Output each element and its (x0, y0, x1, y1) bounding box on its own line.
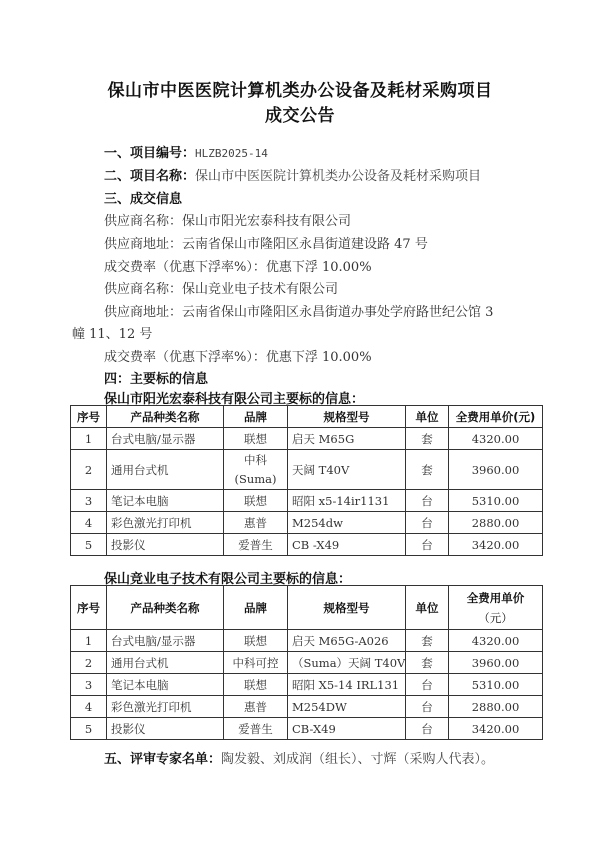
cell-brand: 爱普生 (224, 534, 288, 556)
cell-unit: 套 (406, 450, 449, 490)
cell-price: 5310.00 (449, 490, 543, 512)
cell-price: 4320.00 (449, 428, 543, 450)
supplier2-rate: 成交费率（优惠下浮率%）：优惠下浮 10.00% (104, 346, 372, 365)
cell-brand: 联想 (224, 674, 288, 696)
project-number-label: 一、项目编号： (104, 146, 195, 161)
cell-model: 启天 M65G-A026 (288, 630, 406, 652)
cell-unit: 台 (406, 718, 449, 740)
cell-price: 5310.00 (449, 674, 543, 696)
section-main-items: 四：主要标的信息 (104, 368, 208, 387)
cell-index: 5 (71, 534, 107, 556)
supplier2-rate-label: 成交费率（优惠下浮率%）： (104, 350, 266, 365)
cell-brand-line1: 中科 (228, 451, 283, 470)
col-header-index: 序号 (71, 586, 107, 630)
cell-index: 3 (71, 674, 107, 696)
cell-model: 昭阳 x5-14ir1131 (288, 490, 406, 512)
review-experts-value: 陶发毅、刘成润（组长）、寸辉（采购人代表）。 (221, 752, 494, 767)
cell-brand-line2: (Suma) (228, 470, 283, 489)
cell-model: CB-X49 (288, 718, 406, 740)
cell-index: 4 (71, 512, 107, 534)
col-header-brand: 品牌 (224, 406, 288, 428)
cell-product: 通用台式机 (107, 652, 224, 674)
cell-unit: 套 (406, 630, 449, 652)
cell-product: 投影仪 (107, 534, 224, 556)
table-row: 1 台式电脑/显示器 联想 启天 M65G-A026 套 4320.00 (71, 630, 543, 652)
cell-price: 3960.00 (449, 450, 543, 490)
cell-model: 天阔 T40V (288, 450, 406, 490)
cell-unit: 台 (406, 512, 449, 534)
cell-unit: 台 (406, 490, 449, 512)
col-header-model: 规格型号 (288, 406, 406, 428)
cell-price: 2880.00 (449, 696, 543, 718)
supplier1-address-label: 供应商地址： (104, 237, 182, 252)
review-experts: 五、评审专家名单：陶发毅、刘成润（组长）、寸辉（采购人代表）。 (104, 748, 494, 767)
supplier1-rate: 成交费率（优惠下浮率%）：优惠下浮 10.00% (104, 256, 372, 275)
table-row: 3 笔记本电脑 联想 昭阳 x5-14ir1131 台 5310.00 (71, 490, 543, 512)
supplier2-name: 供应商名称：保山竞业电子技术有限公司 (104, 278, 338, 297)
cell-unit: 台 (406, 534, 449, 556)
cell-model: 昭阳 X5-14 IRL131 (288, 674, 406, 696)
col-header-product: 产品种类名称 (107, 406, 224, 428)
supplier1-address-value: 云南省保山市隆阳区永昌街道建设路 47 号 (182, 237, 428, 252)
cell-price: 3960.00 (449, 652, 543, 674)
col-header-index: 序号 (71, 406, 107, 428)
supplier2-rate-value: 优惠下浮 10.00% (266, 350, 372, 365)
cell-price: 3420.00 (449, 534, 543, 556)
cell-brand: 惠普 (224, 696, 288, 718)
supplier1-rate-label: 成交费率（优惠下浮率%）： (104, 260, 266, 275)
section-award-info: 三、成交信息 (104, 188, 182, 207)
review-experts-label: 五、评审专家名单： (104, 752, 221, 767)
supplier1-name-value: 保山市阳光宏泰科技有限公司 (182, 214, 351, 229)
document-subtitle: 成交公告 (0, 101, 600, 126)
cell-index: 2 (71, 450, 107, 490)
table-row: 2 通用台式机 中科 (Suma) 天阔 T40V 套 3960.00 (71, 450, 543, 490)
section-main-items-label: 四：主要标的信息 (104, 372, 208, 387)
col-header-unit: 单位 (406, 586, 449, 630)
cell-product: 笔记本电脑 (107, 674, 224, 696)
table-row: 4 彩色激光打印机 惠普 M254dw 台 2880.00 (71, 512, 543, 534)
cell-brand: 联想 (224, 428, 288, 450)
table1-header-row: 序号 产品种类名称 品牌 规格型号 单位 全费用单价(元) (71, 406, 543, 428)
col-header-model: 规格型号 (288, 586, 406, 630)
supplier1-name-label: 供应商名称： (104, 214, 182, 229)
cell-model: （Suma）天阔 T40V (288, 652, 406, 674)
supplier1-name: 供应商名称：保山市阳光宏泰科技有限公司 (104, 210, 351, 229)
supplier2-address-value: 云南省保山市隆阳区永昌街道办事处学府路世纪公馆 3 (182, 305, 493, 320)
cell-index: 1 (71, 630, 107, 652)
cell-price: 4320.00 (449, 630, 543, 652)
cell-index: 3 (71, 490, 107, 512)
cell-product: 投影仪 (107, 718, 224, 740)
project-number-value: HLZB2025-14 (195, 147, 268, 160)
table-row: 4 彩色激光打印机 惠普 M254DW 台 2880.00 (71, 696, 543, 718)
cell-brand: 联想 (224, 630, 288, 652)
cell-model: 启天 M65G (288, 428, 406, 450)
cell-product: 台式电脑/显示器 (107, 630, 224, 652)
table-row: 5 投影仪 爱普生 CB -X49 台 3420.00 (71, 534, 543, 556)
col-header-brand: 品牌 (224, 586, 288, 630)
supplier2-address: 供应商地址：云南省保山市隆阳区永昌街道办事处学府路世纪公馆 3 (104, 301, 493, 320)
cell-brand: 中科 (Suma) (224, 450, 288, 490)
col-header-unit: 单位 (406, 406, 449, 428)
cell-brand: 惠普 (224, 512, 288, 534)
table-row: 1 台式电脑/显示器 联想 启天 M65G 套 4320.00 (71, 428, 543, 450)
cell-product: 彩色激光打印机 (107, 512, 224, 534)
cell-price: 3420.00 (449, 718, 543, 740)
table-row: 2 通用台式机 中科可控 （Suma）天阔 T40V 套 3960.00 (71, 652, 543, 674)
cell-unit: 台 (406, 696, 449, 718)
supplier2-address-label: 供应商地址： (104, 305, 182, 320)
supplier1-address: 供应商地址：云南省保山市隆阳区永昌街道建设路 47 号 (104, 233, 428, 252)
cell-model: CB -X49 (288, 534, 406, 556)
cell-model: M254dw (288, 512, 406, 534)
cell-product: 彩色激光打印机 (107, 696, 224, 718)
section-award-info-label: 三、成交信息 (104, 192, 182, 207)
project-name-label: 二、项目名称： (104, 169, 195, 184)
cell-brand: 爱普生 (224, 718, 288, 740)
cell-index: 1 (71, 428, 107, 450)
cell-brand: 中科可控 (224, 652, 288, 674)
cell-model: M254DW (288, 696, 406, 718)
table-row: 3 笔记本电脑 联想 昭阳 X5-14 IRL131 台 5310.00 (71, 674, 543, 696)
col-header-price-line2: （元） (453, 608, 538, 628)
table-row: 5 投影仪 爱普生 CB-X49 台 3420.00 (71, 718, 543, 740)
cell-product: 台式电脑/显示器 (107, 428, 224, 450)
supplier1-rate-value: 优惠下浮 10.00% (266, 260, 372, 275)
cell-index: 5 (71, 718, 107, 740)
supplier2-items-table: 序号 产品种类名称 品牌 规格型号 单位 全费用单价 （元） 1 台式电脑/显示… (70, 585, 543, 740)
cell-index: 2 (71, 652, 107, 674)
cell-product: 笔记本电脑 (107, 490, 224, 512)
cell-price: 2880.00 (449, 512, 543, 534)
col-header-price: 全费用单价 （元） (449, 586, 543, 630)
table2-header-row: 序号 产品种类名称 品牌 规格型号 单位 全费用单价 （元） (71, 586, 543, 630)
supplier1-items-table: 序号 产品种类名称 品牌 规格型号 单位 全费用单价(元) 1 台式电脑/显示器… (70, 405, 543, 556)
supplier2-name-label: 供应商名称： (104, 282, 182, 297)
supplier2-name-value: 保山竞业电子技术有限公司 (182, 282, 338, 297)
col-header-price-line1: 全费用单价 (453, 588, 538, 608)
project-number: 一、项目编号：HLZB2025-14 (104, 142, 268, 161)
project-name-value: 保山市中医医院计算机类办公设备及耗材采购项目 (195, 169, 481, 184)
cell-unit: 台 (406, 674, 449, 696)
cell-index: 4 (71, 696, 107, 718)
project-name: 二、项目名称：保山市中医医院计算机类办公设备及耗材采购项目 (104, 165, 481, 184)
supplier2-address-continued: 幢 11、12 号 (72, 323, 152, 342)
col-header-price: 全费用单价(元) (449, 406, 543, 428)
cell-unit: 套 (406, 428, 449, 450)
cell-brand: 联想 (224, 490, 288, 512)
cell-unit: 套 (406, 652, 449, 674)
document-title: 保山市中医医院计算机类办公设备及耗材采购项目 (0, 76, 600, 101)
col-header-product: 产品种类名称 (107, 586, 224, 630)
cell-product: 通用台式机 (107, 450, 224, 490)
